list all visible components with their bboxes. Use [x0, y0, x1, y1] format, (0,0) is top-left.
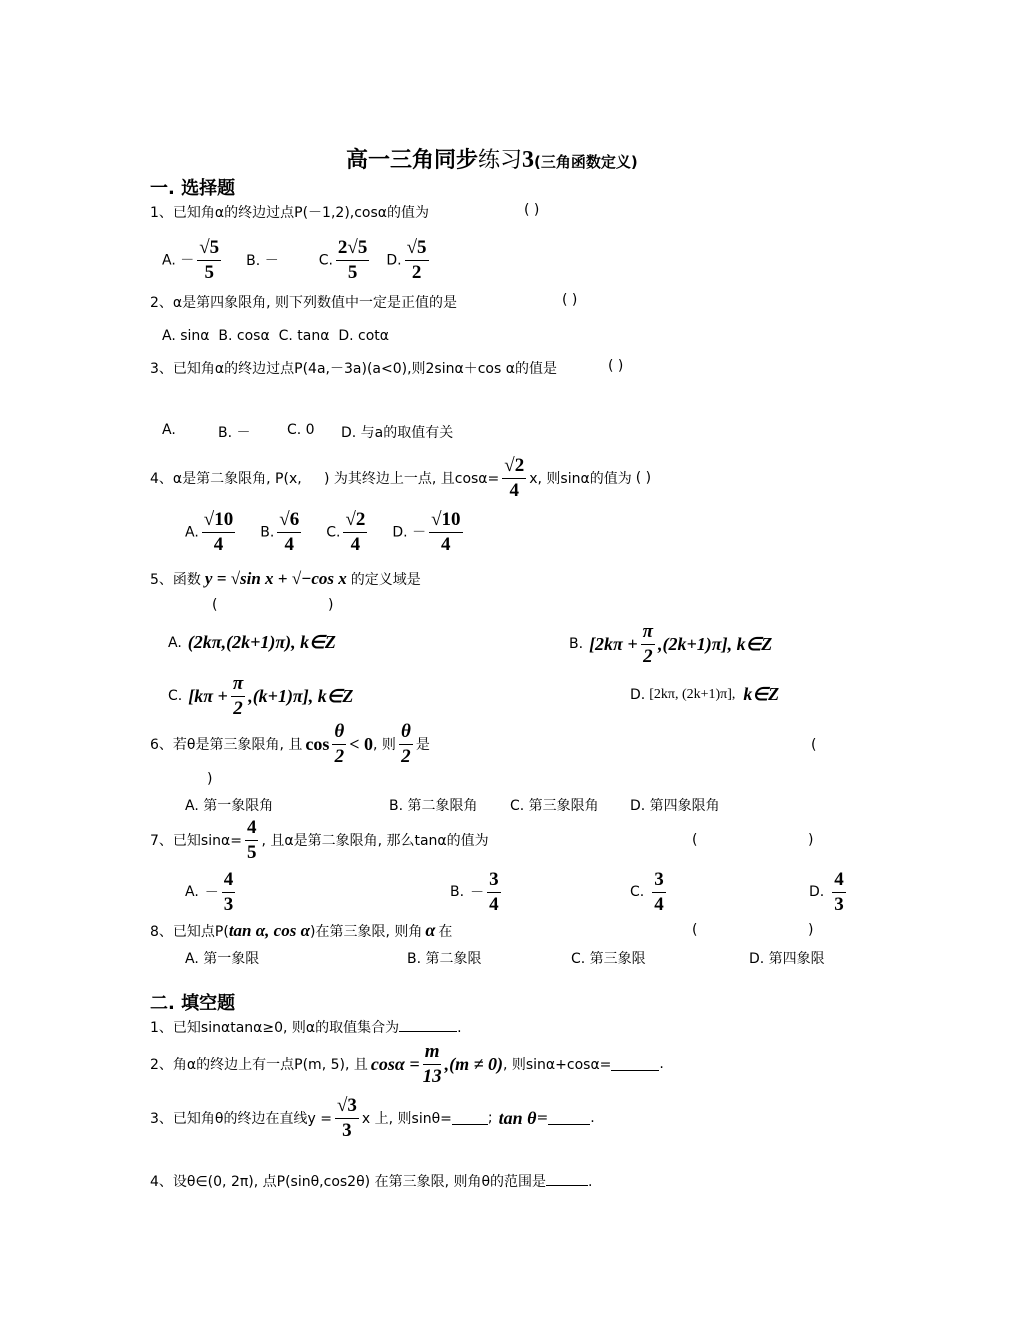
option-d: D. －√104 [392, 510, 465, 555]
option-a: A.－43 [185, 870, 238, 915]
question-1-options: A. －√55 B. － C.2√55 D.√52 [162, 238, 432, 283]
section-heading-choice: 一. 选择题 [150, 174, 235, 200]
question-5: 5、函数 y = √sin x + √−cos x 的定义域是 [150, 569, 421, 589]
question-4: 4、α是第二象限角, P(x, ) 为其终边上一点, 且cosα=√24x, 则… [150, 456, 651, 501]
option-a: A. [162, 422, 176, 438]
answer-paren-open: ( [692, 922, 697, 938]
option-c: C. 0 [287, 422, 315, 438]
answer-paren: ( ) [608, 358, 623, 374]
option-a: A. (2kπ,(2k+1)π), k∈Z [168, 632, 336, 653]
fill-question-4: 4、设θ∈(0, 2π), 点P(sinθ,cos2θ) 在第三象限, 则角θ的… [150, 1171, 593, 1191]
title-main: 高一三角同步 [346, 148, 478, 173]
question-6: 6、若θ是第三象限角, 且 cos θ2 < 0 , 则 θ2 是 [150, 722, 430, 767]
answer-paren-open: ( [811, 737, 816, 753]
option-a: A. 第一象限 [185, 948, 259, 968]
option-b: B.√64 [260, 510, 304, 555]
fill-question-1: 1、已知sinαtanα≥0, 则α的取值集合为. [150, 1017, 462, 1037]
option-d: D.43 [809, 870, 849, 915]
question-1: 1、已知角α的终边过点P(－1,2),cosα的值为 [150, 202, 429, 222]
question-8: 8、已知点P(tan α, cos α)在第三象限, 则角α在 [150, 920, 452, 941]
answer-paren-open: ( [212, 597, 217, 613]
option-c: C. 第三象限 [571, 948, 646, 968]
answer-paren-close: ) [207, 771, 212, 787]
question-number: 7、 [150, 830, 173, 850]
question-2: 2、α是第四象限角, 则下列数值中一定是正值的是 [150, 292, 457, 312]
option-b: B. 第二象限 [407, 948, 482, 968]
answer-blank[interactable] [399, 1019, 457, 1032]
question-number: 3、 [150, 361, 173, 377]
fill-question-2: 2、角α的终边上有一点P(m, 5), 且 cosα = m13 ,(m ≠ 0… [150, 1042, 664, 1087]
title-number: 3 [522, 147, 534, 173]
option-a: A.√104 [185, 510, 238, 555]
question-number: 8、 [150, 921, 173, 941]
option-d: D. 第四象限角 [630, 795, 720, 815]
question-number: 4、 [150, 468, 173, 488]
answer-blank[interactable] [611, 1058, 659, 1071]
question-2-options: A. sinα B. cosα C. tanα D. cotα [162, 328, 389, 344]
option-a: A. －√55 [162, 238, 224, 283]
option-b: B. － [246, 250, 279, 270]
answer-paren-close: ) [808, 922, 813, 938]
answer-paren: ( ) [524, 202, 539, 218]
question-number: 2、 [150, 295, 173, 311]
question-7: 7、已知sinα= 45 , 且α是第二象限角, 那么tanα的值为 [150, 818, 489, 863]
question-stem: α是第四象限角, 则下列数值中一定是正值的是 [173, 295, 457, 311]
function-formula: y = √sin x + √−cos x [205, 569, 347, 589]
question-number: 6、 [150, 734, 173, 754]
answer-paren: ( ) [562, 292, 577, 308]
option-b: B. 第二象限角 [389, 795, 478, 815]
answer-paren-open: ( [692, 832, 697, 848]
question-number: 1、 [150, 205, 173, 221]
option-c: C.2√55 [319, 238, 373, 283]
option-b: B. － [218, 422, 251, 442]
option-d: D. 第四象限 [749, 948, 825, 968]
fill-question-3: 3、已知角θ的终边在直线y = √33 x 上, 则sinθ=; tan θ=. [150, 1096, 595, 1141]
option-c: C.34 [630, 870, 669, 915]
answer-blank[interactable] [546, 1173, 588, 1186]
title-subtitle: (三角函数定义) [534, 153, 638, 171]
option-d: D. 与a的取值有关 [341, 422, 453, 442]
question-stem: 已知角α的终边过点P(4a,－3a)(a<0),则2sinα＋cos α的值是 [173, 361, 557, 377]
answer-blank-tan[interactable] [548, 1112, 590, 1125]
option-d: D. [2kπ, (2k+1)π], k∈Z [630, 684, 779, 705]
answer-paren: ( ) [636, 470, 651, 486]
answer-paren-close: ) [808, 832, 813, 848]
question-stem: 已知角α的终边过点P(－1,2),cosα的值为 [173, 205, 429, 221]
option-c: C.√24 [326, 510, 370, 555]
question-4-options: A.√104 B.√64 C.√24 D. －√104 [185, 510, 466, 555]
option-c: C. 第三象限角 [510, 795, 599, 815]
document-title: 高一三角同步练习3(三角函数定义) [346, 143, 638, 174]
option-d: D.√52 [386, 238, 431, 283]
question-number: 5、 [150, 569, 173, 589]
option-a: A. 第一象限角 [185, 795, 273, 815]
question-3: 3、已知角α的终边过点P(4a,－3a)(a<0),则2sinα＋cos α的值… [150, 358, 557, 378]
title-practice: 练习 [478, 148, 522, 173]
section-heading-fill-blank: 二. 填空题 [150, 989, 235, 1015]
answer-paren-close: ) [328, 597, 333, 613]
option-b: B.－34 [450, 870, 504, 915]
option-b: B. [2kπ + π2 ,(2k+1)π], k∈Z [569, 622, 772, 667]
option-c: C. [kπ + π2 ,(k+1)π], k∈Z [168, 674, 353, 719]
answer-blank-sin[interactable] [452, 1112, 488, 1125]
